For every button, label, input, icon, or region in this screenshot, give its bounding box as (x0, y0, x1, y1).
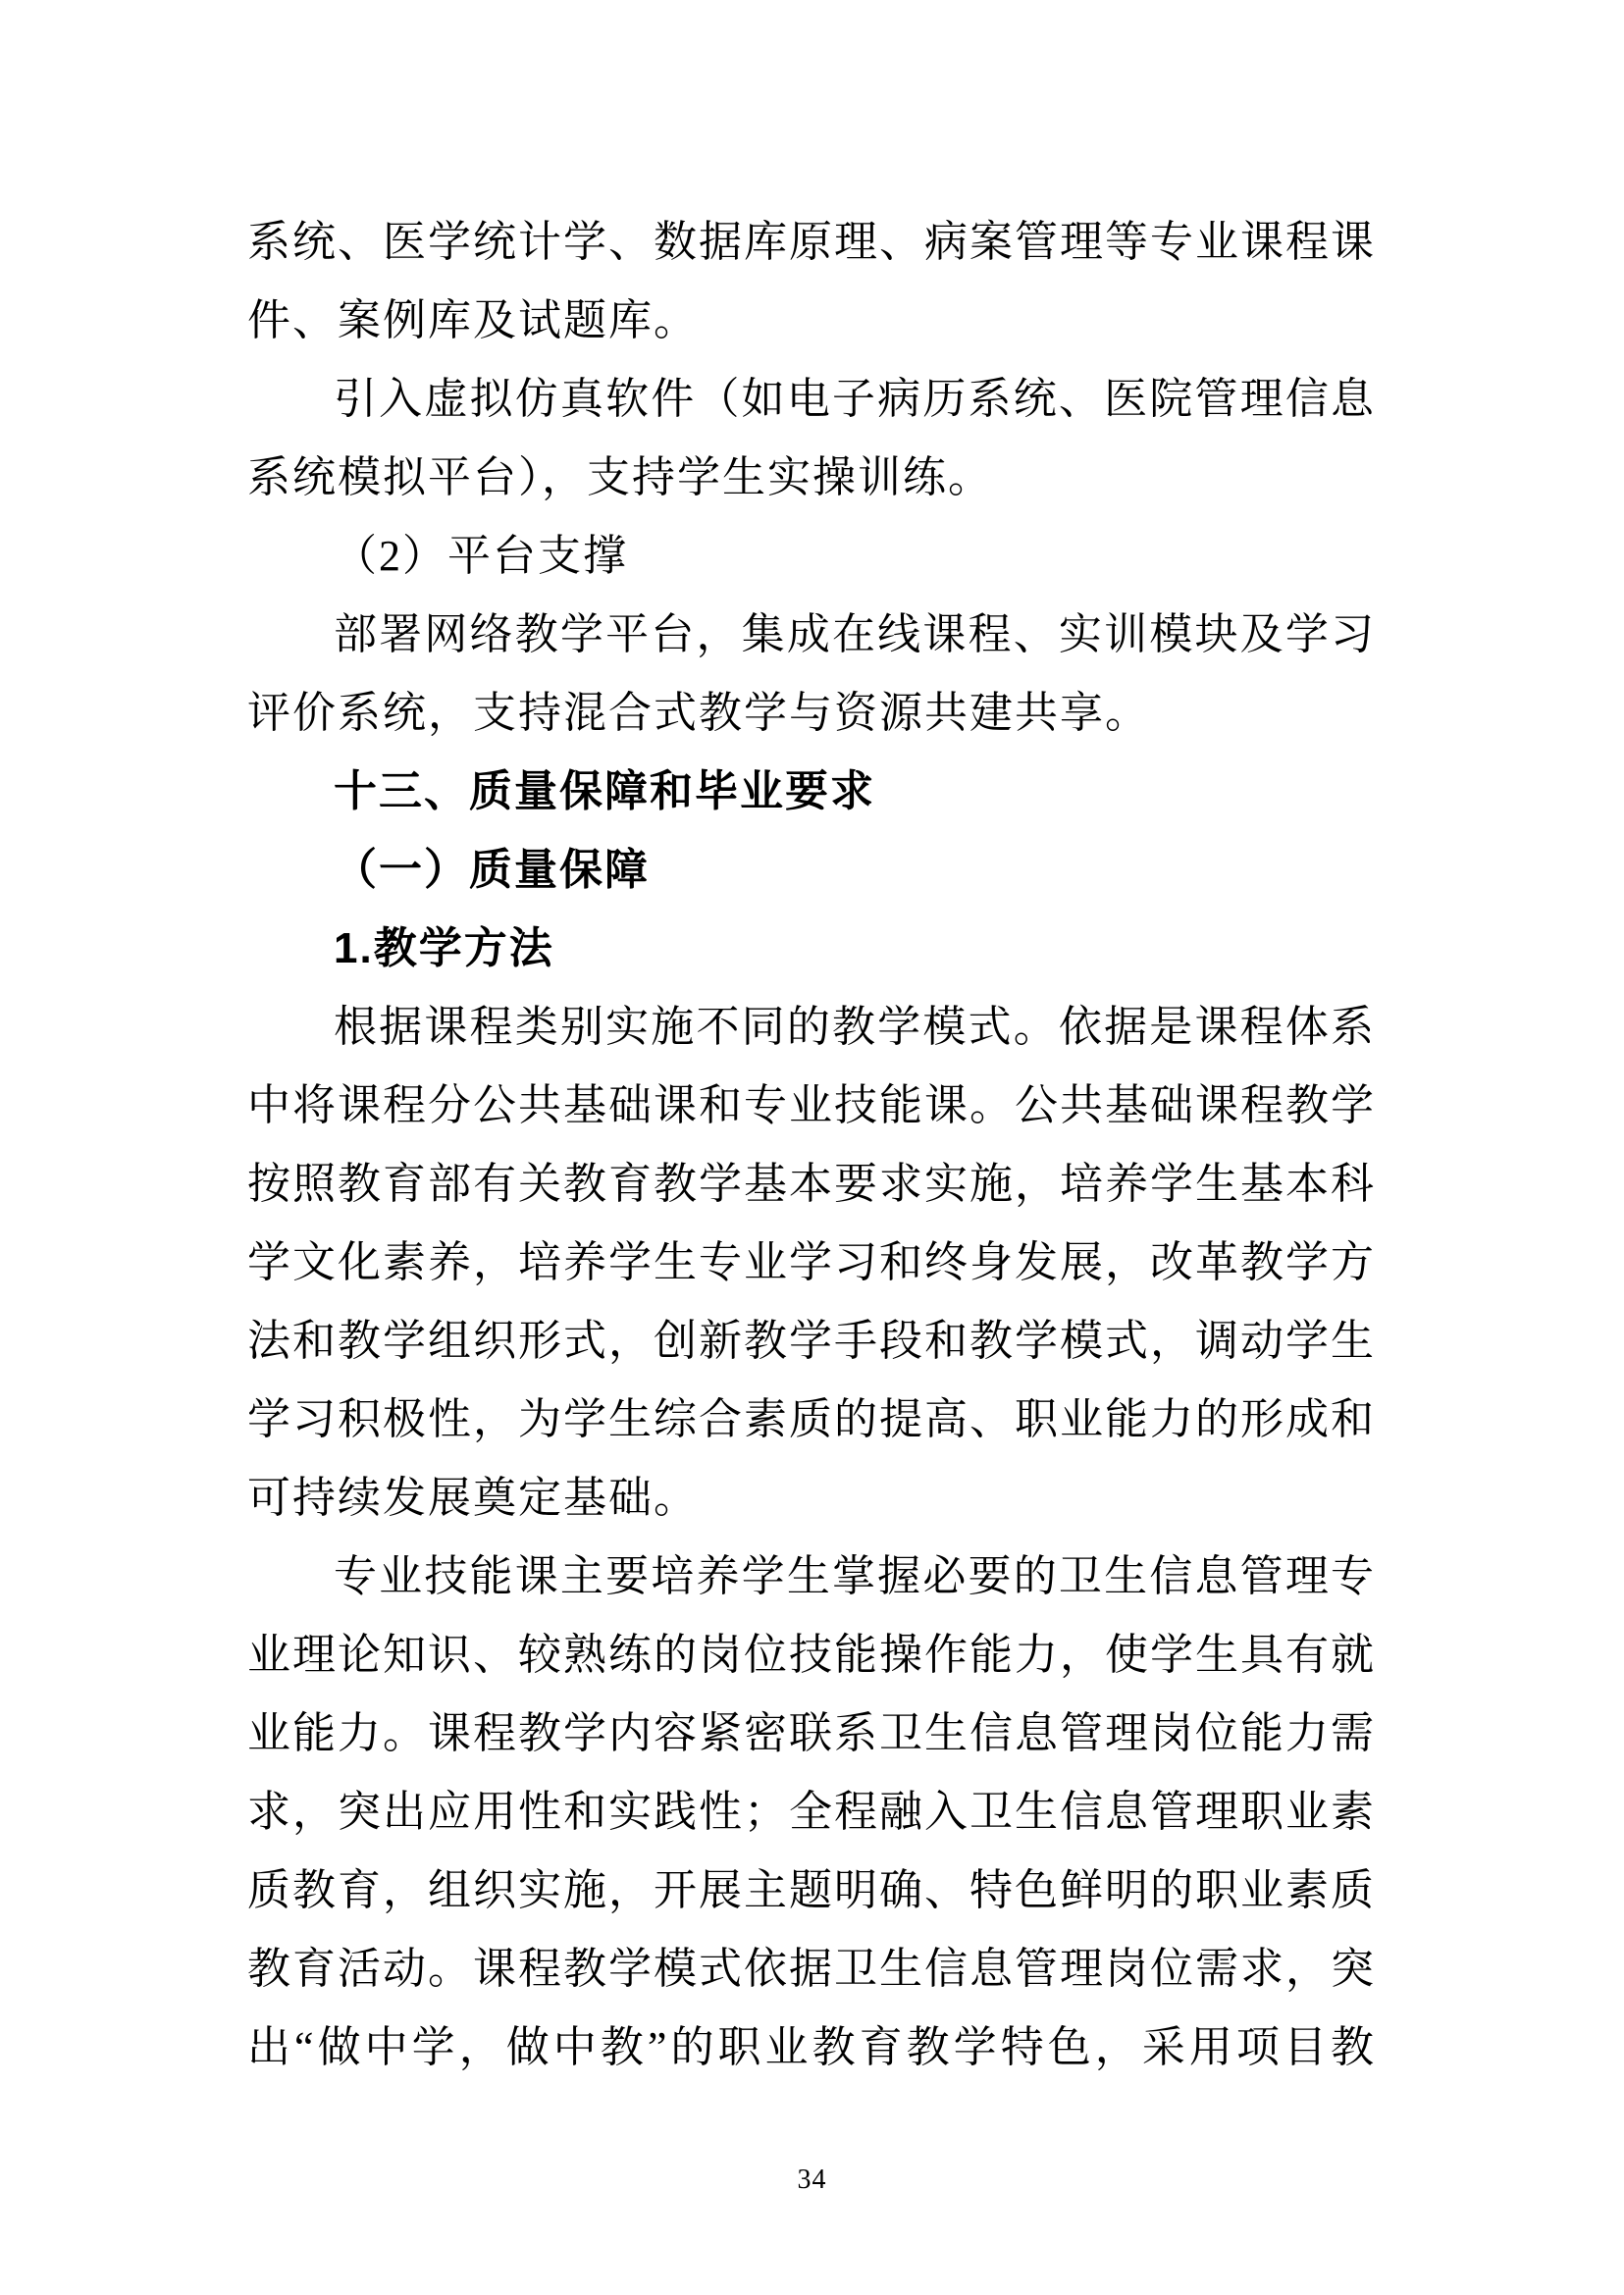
section-heading: 十三、质量保障和毕业要求 (247, 753, 1376, 831)
body-line: 学习积极性，为学生综合素质的提高、职业能力的形成和 (247, 1381, 1376, 1459)
subsection-heading: （一）质量保障 (247, 831, 1376, 910)
body-line: 部署网络教学平台，集成在线课程、实训模块及学习 (247, 596, 1376, 674)
numbered-heading: 1.教学方法 (247, 910, 1376, 988)
body-line: 中将课程分公共基础课和专业技能课。公共基础课程教学 (247, 1067, 1376, 1145)
body-line: 学文化素养，培养学生专业学习和终身发展，改革教学方 (247, 1224, 1376, 1302)
body-line: 评价系统，支持混合式教学与资源共建共享。 (247, 674, 1376, 753)
body-line: 引入虚拟仿真软件（如电子病历系统、医院管理信息 (247, 360, 1376, 439)
body-line: 可持续发展奠定基础。 (247, 1459, 1376, 1538)
body-line: 件、案例库及试题库。 (247, 282, 1376, 360)
body-line: 按照教育部有关教育教学基本要求实施，培养学生基本科 (247, 1145, 1376, 1224)
body-line: 业能力。课程教学内容紧密联系卫生信息管理岗位能力需 (247, 1695, 1376, 1773)
body-line: 系统、医学统计学、数据库原理、病案管理等专业课程课 (247, 203, 1376, 282)
document-page: 系统、医学统计学、数据库原理、病案管理等专业课程课 件、案例库及试题库。 引入虚… (0, 0, 1624, 2295)
body-line: 质教育，组织实施，开展主题明确、特色鲜明的职业素质 (247, 1852, 1376, 1930)
text-block: 系统、医学统计学、数据库原理、病案管理等专业课程课 件、案例库及试题库。 引入虚… (247, 203, 1376, 2087)
page-number: 34 (0, 2161, 1624, 2200)
body-line: 教育活动。课程教学模式依据卫生信息管理岗位需求，突 (247, 1930, 1376, 2008)
body-line: 根据课程类别实施不同的教学模式。依据是课程体系 (247, 988, 1376, 1067)
body-line: 专业技能课主要培养学生掌握必要的卫生信息管理专 (247, 1538, 1376, 1616)
body-line: 系统模拟平台），支持学生实操训练。 (247, 439, 1376, 517)
body-line: （2）平台支撑 (247, 517, 1376, 596)
body-line: 求，突出应用性和实践性；全程融入卫生信息管理职业素 (247, 1773, 1376, 1852)
body-line: 法和教学组织形式，创新教学手段和教学模式，调动学生 (247, 1302, 1376, 1381)
body-line: 出“做中学，做中教”的职业教育教学特色，采用项目教 (247, 2008, 1376, 2087)
body-line: 业理论知识、较熟练的岗位技能操作能力，使学生具有就 (247, 1616, 1376, 1695)
